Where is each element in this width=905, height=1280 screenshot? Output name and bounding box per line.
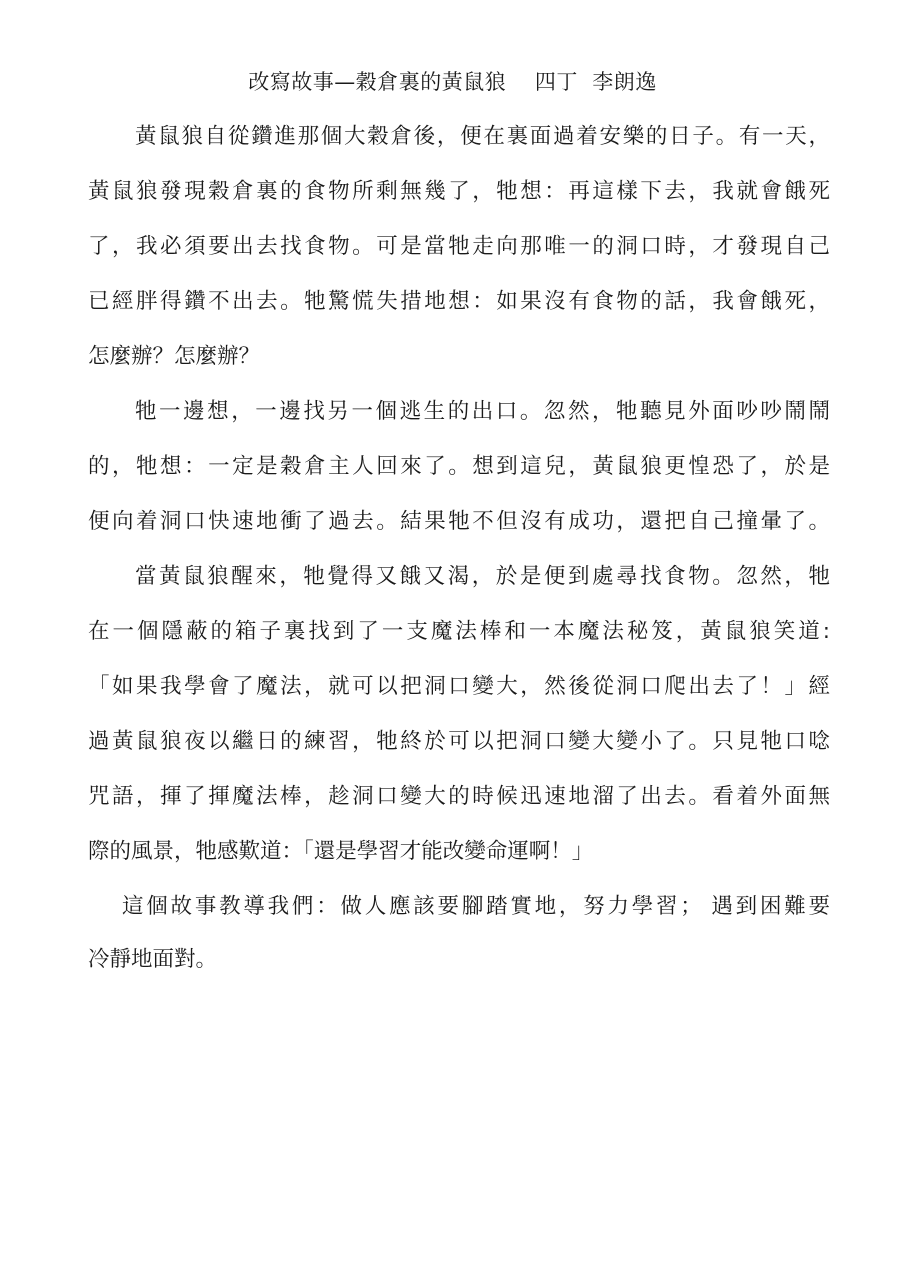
- paragraph-line: 際的風景，牠感歎道：「還是學習才能改變命運啊！」: [88, 834, 830, 870]
- paragraph-line: 過黃鼠狼夜以繼日的練習，牠終於可以把洞口變大變小了。只見牠口唸: [88, 724, 830, 760]
- paragraph-line: 咒語，揮了揮魔法棒，趁洞口變大的時候迅速地溜了出去。看着外面無: [88, 779, 830, 815]
- document-title: 改寫故事—穀倉裏的黃鼠狼 四丁 李朗逸: [0, 64, 905, 100]
- paragraph-line: 的，牠想：一定是穀倉主人回來了。想到這兒，黃鼠狼更惶恐了，於是: [88, 449, 830, 485]
- paragraph-line: 已經胖得鑽不出去。牠驚慌失措地想：如果沒有食物的話，我會餓死，: [88, 284, 830, 320]
- document-page: 改寫故事—穀倉裏的黃鼠狼 四丁 李朗逸 黃鼠狼自從鑽進那個大穀倉後，便在裏面過着…: [0, 0, 905, 1280]
- paragraph-line: 冷靜地面對。: [88, 942, 830, 978]
- paragraph-line: 這個故事教導我們：做人應該要腳踏實地，努力學習； 遇到困難要: [122, 889, 830, 925]
- paragraph-line: 牠一邊想，一邊找另一個逃生的出口。忽然，牠聽見外面吵吵鬧鬧: [135, 394, 830, 430]
- paragraph-line: 在一個隱蔽的箱子裏找到了一支魔法棒和一本魔法秘笈，黃鼠狼笑道:: [88, 614, 830, 650]
- paragraph-line: 黃鼠狼自從鑽進那個大穀倉後，便在裏面過着安樂的日子。有一天，: [135, 119, 830, 155]
- paragraph-line: 便向着洞口快速地衝了過去。結果牠不但沒有成功，還把自己撞暈了。: [88, 504, 830, 540]
- paragraph-line: 當黃鼠狼醒來，牠覺得又餓又渴，於是便到處尋找食物。忽然，牠: [135, 559, 830, 595]
- paragraph-line: 怎麼辦？怎麼辦？: [88, 339, 830, 375]
- paragraph-line: 黃鼠狼發現穀倉裏的食物所剩無幾了，牠想：再這樣下去，我就會餓死: [88, 174, 830, 210]
- paragraph-line: 「如果我學會了魔法，就可以把洞口變大，然後從洞口爬出去了！」經: [88, 669, 830, 705]
- paragraph-line: 了，我必須要出去找食物。可是當牠走向那唯一的洞口時，才發現自己: [88, 229, 830, 265]
